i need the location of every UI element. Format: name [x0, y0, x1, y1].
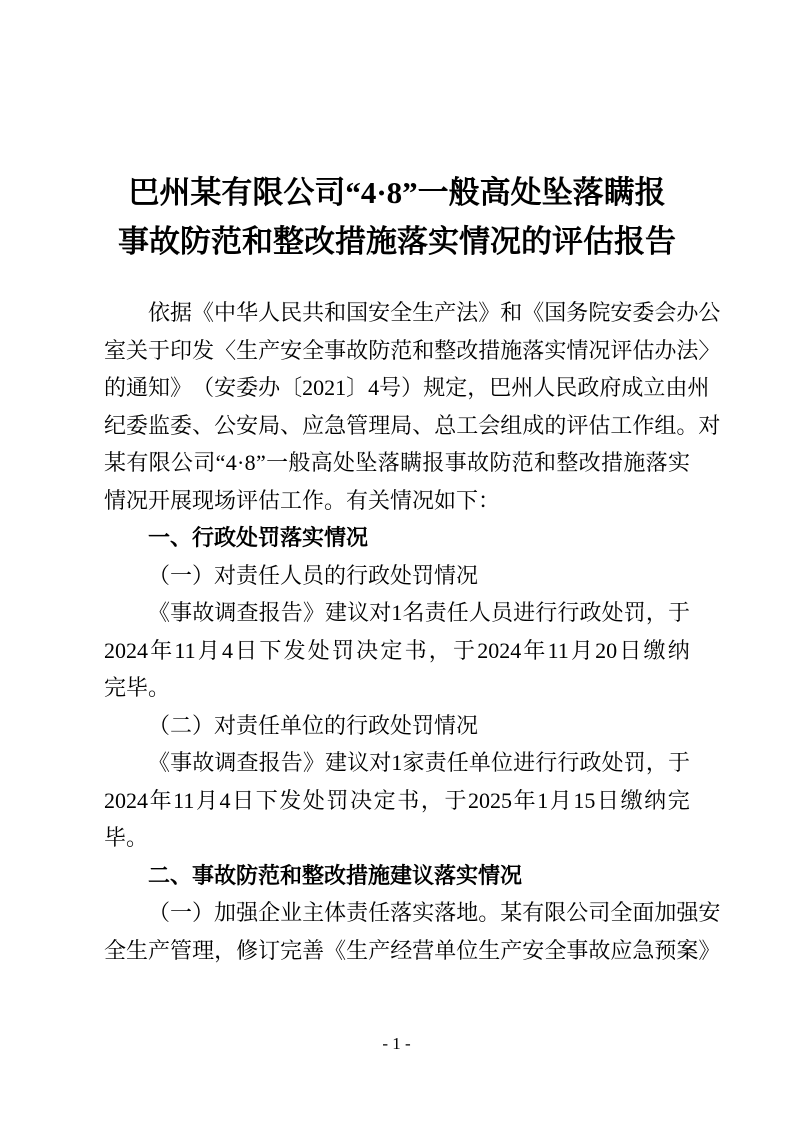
section1-sub2-line-2: 2024年11月4日下发处罚决定书，于2025年1月15日缴纳完	[104, 782, 690, 820]
section2-heading: 二、事故防范和整改措施建议落实情况	[104, 857, 690, 895]
title-line-1: 巴州某有限公司“4·8”一般高处坠落瞒报	[104, 168, 690, 217]
intro-line-6: 情况开展现场评估工作。有关情况如下：	[104, 482, 690, 520]
section1-sub2-heading: （二）对责任单位的行政处罚情况	[104, 707, 690, 745]
page-number: - 1 -	[0, 1032, 793, 1056]
document-title: 巴州某有限公司“4·8”一般高处坠落瞒报 事故防范和整改措施落实情况的评估报告	[104, 168, 690, 266]
intro-line-3: 的通知》（安委办〔2021〕4号）规定，巴州人民政府成立由州	[104, 369, 690, 407]
section1-sub1-heading: （一）对责任人员的行政处罚情况	[104, 557, 690, 595]
section1-heading: 一、行政处罚落实情况	[104, 519, 690, 557]
section2-para-line-2: 全生产管理，修订完善《生产经营单位生产安全事故应急预案》	[104, 932, 690, 970]
document-page: 巴州某有限公司“4·8”一般高处坠落瞒报 事故防范和整改措施落实情况的评估报告 …	[0, 0, 793, 1122]
title-line-2: 事故防范和整改措施落实情况的评估报告	[104, 217, 690, 266]
section1-sub2-line-1: 《事故调查报告》建议对1家责任单位进行行政处罚，于	[104, 744, 690, 782]
intro-line-2: 室关于印发〈生产安全事故防范和整改措施落实情况评估办法〉	[104, 332, 690, 370]
section2-para-line-1: （一）加强企业主体责任落实落地。某有限公司全面加强安	[104, 894, 690, 932]
document-body: 依据《中华人民共和国安全生产法》和《国务院安委会办公 室关于印发〈生产安全事故防…	[104, 294, 690, 969]
intro-line-5: 某有限公司“4·8”一般高处坠落瞒报事故防范和整改措施落实	[104, 444, 690, 482]
section1-sub1-line-3: 完毕。	[104, 669, 690, 707]
intro-line-1: 依据《中华人民共和国安全生产法》和《国务院安委会办公	[104, 294, 690, 332]
section1-sub1-line-2: 2024年11月4日下发处罚决定书，于2024年11月20日缴纳	[104, 632, 690, 670]
section1-sub1-line-1: 《事故调查报告》建议对1名责任人员进行行政处罚，于	[104, 594, 690, 632]
intro-line-4: 纪委监委、公安局、应急管理局、总工会组成的评估工作组。对	[104, 407, 690, 445]
section1-sub2-line-3: 毕。	[104, 819, 690, 857]
